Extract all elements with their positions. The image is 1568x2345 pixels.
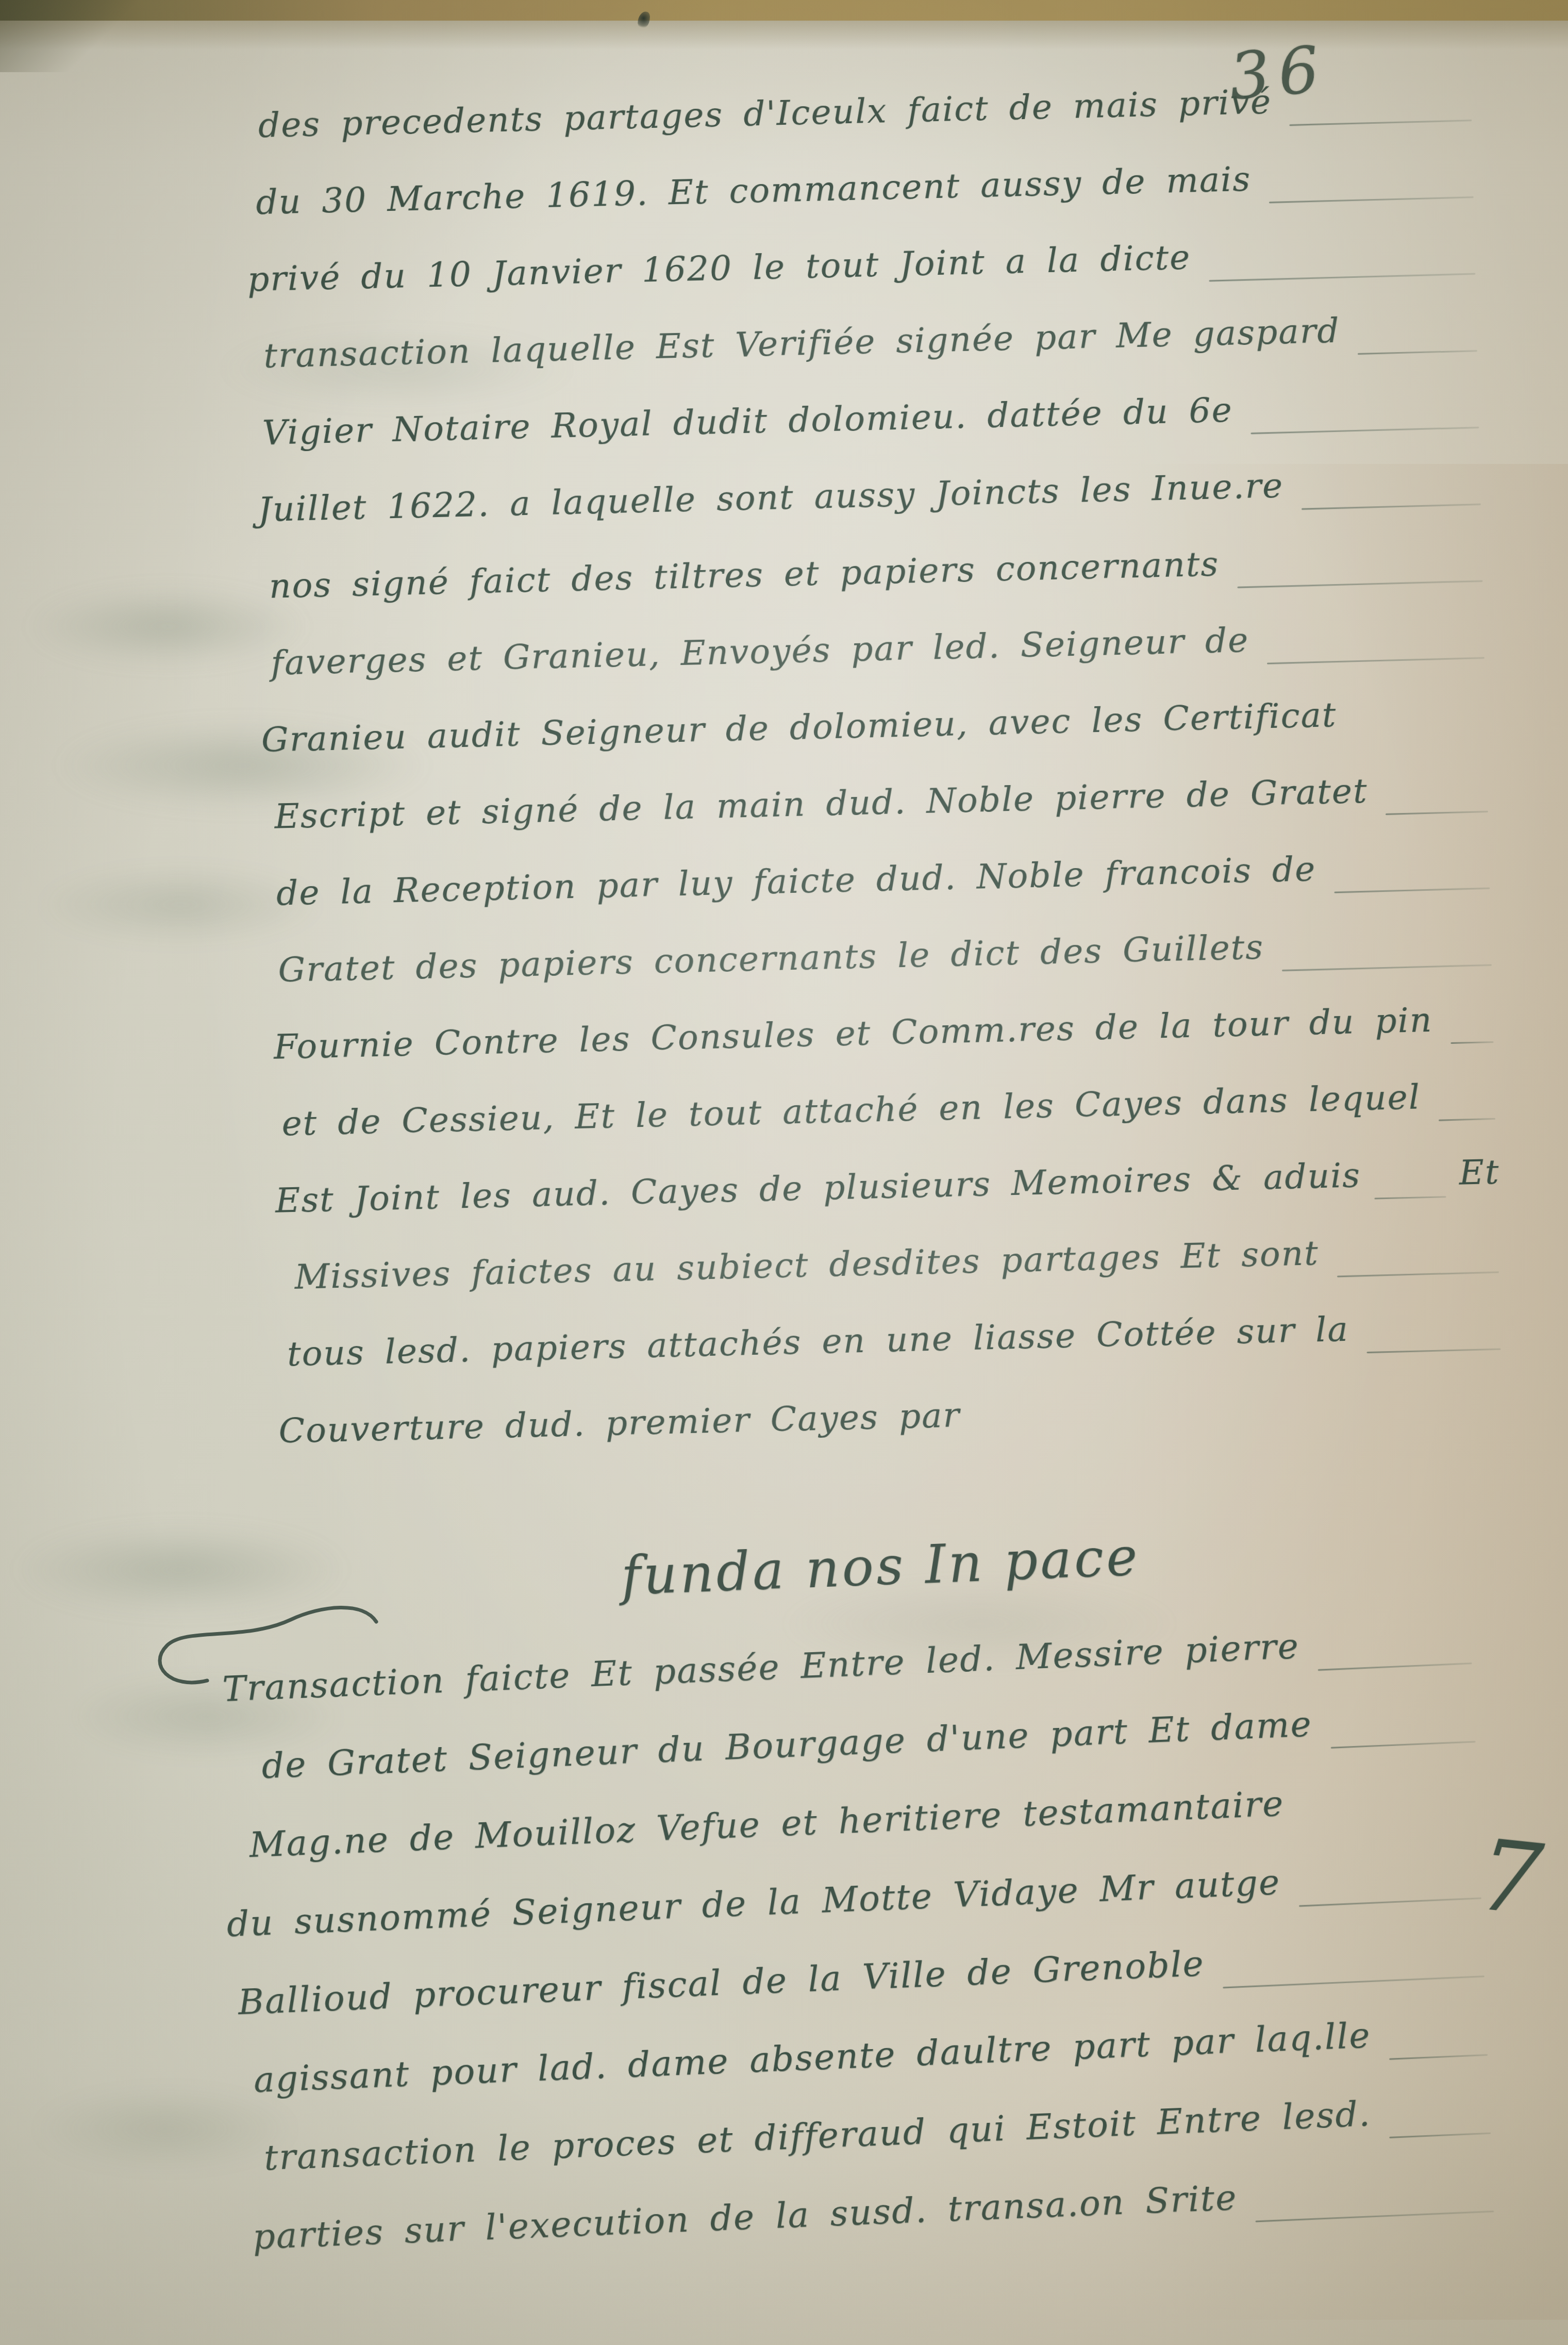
bleedthrough-smudge bbox=[28, 588, 307, 665]
manuscript-page: 36 des precedents partages d'Iceulx faic… bbox=[0, 0, 1568, 2345]
corner-shadow bbox=[0, 0, 155, 72]
ink-rule-filler bbox=[1375, 1196, 1446, 1199]
line-suffix: Et bbox=[1459, 1152, 1500, 1193]
margin-flourish: 7 bbox=[1474, 1818, 1547, 1937]
line-text: des precedents partages d'Iceulx faict d… bbox=[258, 82, 1272, 145]
paragraph-transaction: Transaction faicte Et passée Entre led. … bbox=[222, 1619, 1498, 2296]
page-top-edge bbox=[0, 0, 1568, 21]
paragraph-inventory: des precedents partages d'Iceulx faict d… bbox=[258, 77, 1507, 1488]
